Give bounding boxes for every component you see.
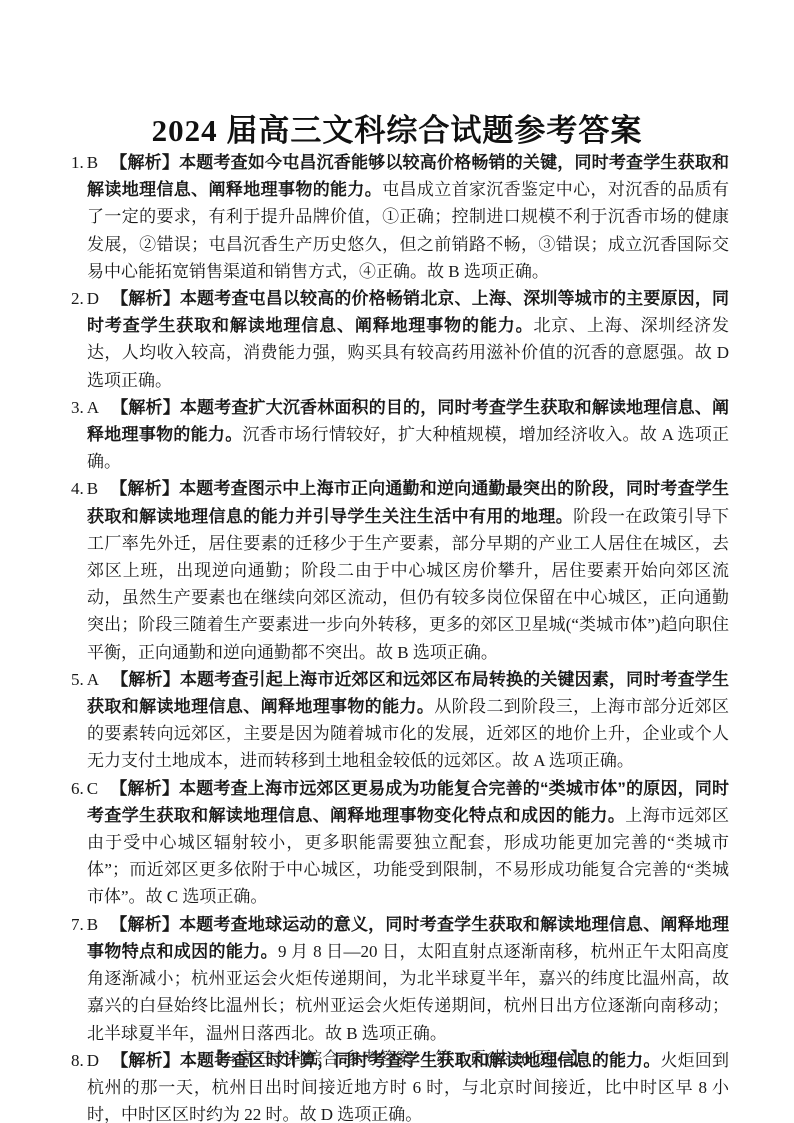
analysis-tag: 【解析】 <box>110 779 179 798</box>
footer-right-bracket: 】 <box>570 1049 587 1068</box>
answer-choice: B <box>87 153 98 172</box>
analysis-tag: 【解析】 <box>110 915 179 934</box>
answer-choice: A <box>87 670 99 689</box>
analysis-tag: 【解析】 <box>111 670 180 689</box>
footer-page-number: 第 1 页(共 10 页) <box>435 1049 557 1068</box>
answer-choice: C <box>87 779 98 798</box>
answer-list: 1.B【解析】本题考查如今屯昌沉香能够以较高价格畅销的关键，同时考查学生获取和解… <box>71 149 729 1123</box>
answer-choice: A <box>87 398 99 417</box>
answer-choice: B <box>87 915 98 934</box>
question-number: 4. <box>71 479 84 498</box>
answer-item: 7.B【解析】本题考查地球运动的意义，同时考查学生获取和解读地理信息、阐释地理事… <box>71 911 729 1047</box>
analysis-detail: 阶段一在政策引导下工厂率先外迁，居住要素的迁移少于生产要素，部分早期的产业工人居… <box>87 507 729 662</box>
answer-item: 5.A【解析】本题考查引起上海市近郊区和远郊区布局转换的关键因素，同时考查学生获… <box>71 666 729 775</box>
question-number: 3. <box>71 398 84 417</box>
analysis-tag: 【解析】 <box>111 289 180 308</box>
answer-choice: B <box>87 479 98 498</box>
answer-item: 6.C【解析】本题考查上海市远郊区更易成为功能复合完善的“类城市体”的原因，同时… <box>71 775 729 911</box>
page-footer: 【⇨高三文科综合·参考答案第 1 页(共 10 页)⇦】 <box>0 1044 794 1069</box>
question-number: 5. <box>71 670 84 689</box>
question-number: 6. <box>71 779 84 798</box>
footer-doc-title: 高三文科综合·参考答案 <box>237 1049 413 1068</box>
answer-item: 3.A【解析】本题考查扩大沉香林面积的目的，同时考查学生获取和解读地理信息、阐释… <box>71 394 729 476</box>
analysis-tag: 【解析】 <box>111 398 180 417</box>
analysis-tag: 【解析】 <box>110 153 179 172</box>
question-number: 2. <box>71 289 84 308</box>
answer-item: 2.D【解析】本题考查屯昌以较高的价格畅销北京、上海、深圳等城市的主要原因，同时… <box>71 285 729 394</box>
question-number: 7. <box>71 915 84 934</box>
answer-choice: D <box>87 289 99 308</box>
left-arrow-icon: ⇦ <box>557 1049 570 1068</box>
answer-item: 1.B【解析】本题考查如今屯昌沉香能够以较高价格畅销的关键，同时考查学生获取和解… <box>71 149 729 285</box>
footer-left-bracket: 【 <box>207 1049 224 1068</box>
answer-sheet-page: 2024 届高三文科综合试题参考答案 1.B【解析】本题考查如今屯昌沉香能够以较… <box>0 0 794 1123</box>
analysis-tag: 【解析】 <box>110 479 179 498</box>
answer-item: 4.B【解析】本题考查图示中上海市正向通勤和逆向通勤最突出的阶段，同时考查学生获… <box>71 475 729 665</box>
right-arrow-icon: ⇨ <box>224 1049 237 1068</box>
page-title: 2024 届高三文科综合试题参考答案 <box>0 105 794 150</box>
question-number: 1. <box>71 153 84 172</box>
